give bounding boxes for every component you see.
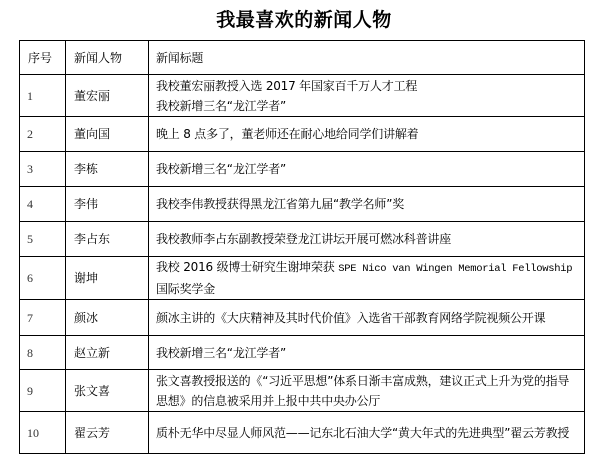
table-row: 7 颜冰 颜冰主讲的《大庆精神及其时代价值》入选省干部教育网络学院视频公开课 bbox=[20, 300, 585, 336]
table-row: 8 赵立新 我校新增三名“龙江学者” bbox=[20, 336, 585, 370]
row-headline: 我校新增三名“龙江学者” bbox=[149, 152, 585, 187]
headline-line: 我校新增三名“龙江学者” bbox=[156, 96, 580, 116]
table-row: 6 谢坤 我校 2016 级博士研究生谢坤荣获 SPE Nico van Win… bbox=[20, 257, 585, 300]
row-headline: 我校李伟教授获得黑龙江省第九届“教学名师”奖 bbox=[149, 187, 585, 222]
row-headline: 张文喜教授报送的《“习近平思想”体系日渐丰富成熟，建议正式上升为党的指导思想》的… bbox=[149, 370, 585, 412]
table-row: 10 翟云芳 质朴无华中尽显人师风范——记东北石油大学“黄大年式的先进典型”翟云… bbox=[20, 412, 585, 454]
row-index: 9 bbox=[20, 370, 66, 412]
table-row: 5 李占东 我校教师李占东副教授荣登龙江讲坛开展可燃冰科普讲座 bbox=[20, 222, 585, 257]
row-person: 李伟 bbox=[66, 187, 149, 222]
header-person: 新闻人物 bbox=[66, 41, 149, 75]
header-headline: 新闻标题 bbox=[149, 41, 585, 75]
table-header-row: 序号 新闻人物 新闻标题 bbox=[20, 41, 585, 75]
table-row: 9 张文喜 张文喜教授报送的《“习近平思想”体系日渐丰富成熟，建议正式上升为党的… bbox=[20, 370, 585, 412]
row-person: 张文喜 bbox=[66, 370, 149, 412]
headline-prefix: 我校 2016 级博士研究生谢坤荣获 bbox=[156, 260, 338, 274]
row-person: 李栋 bbox=[66, 152, 149, 187]
row-index: 10 bbox=[20, 412, 66, 454]
row-headline: 我校 2016 级博士研究生谢坤荣获 SPE Nico van Wingen M… bbox=[149, 257, 585, 300]
row-headline: 晚上 8 点多了，董老师还在耐心地给同学们讲解着 bbox=[149, 117, 585, 152]
news-people-table: 序号 新闻人物 新闻标题 1 董宏丽 我校董宏丽教授入选 2017 年国家百千万… bbox=[19, 40, 585, 454]
row-index: 3 bbox=[20, 152, 66, 187]
headline-english-award: SPE Nico van Wingen Memorial Fellowship bbox=[338, 263, 572, 275]
row-person: 董向国 bbox=[66, 117, 149, 152]
row-index: 4 bbox=[20, 187, 66, 222]
row-headline: 颜冰主讲的《大庆精神及其时代价值》入选省干部教育网络学院视频公开课 bbox=[149, 300, 585, 336]
row-person: 翟云芳 bbox=[66, 412, 149, 454]
row-headline: 我校新增三名“龙江学者” bbox=[149, 336, 585, 370]
row-headline: 我校董宏丽教授入选 2017 年国家百千万人才工程 我校新增三名“龙江学者” bbox=[149, 75, 585, 117]
table-row: 1 董宏丽 我校董宏丽教授入选 2017 年国家百千万人才工程 我校新增三名“龙… bbox=[20, 75, 585, 117]
row-person: 李占东 bbox=[66, 222, 149, 257]
row-person: 颜冰 bbox=[66, 300, 149, 336]
row-headline: 质朴无华中尽显人师风范——记东北石油大学“黄大年式的先进典型”翟云芳教授 bbox=[149, 412, 585, 454]
row-person: 赵立新 bbox=[66, 336, 149, 370]
headline-suffix: 国际奖学金 bbox=[156, 282, 215, 296]
row-index: 7 bbox=[20, 300, 66, 336]
row-person: 谢坤 bbox=[66, 257, 149, 300]
document-title: 我最喜欢的新闻人物 bbox=[0, 7, 608, 33]
row-headline: 我校教师李占东副教授荣登龙江讲坛开展可燃冰科普讲座 bbox=[149, 222, 585, 257]
table-row: 2 董向国 晚上 8 点多了，董老师还在耐心地给同学们讲解着 bbox=[20, 117, 585, 152]
row-person: 董宏丽 bbox=[66, 75, 149, 117]
header-index: 序号 bbox=[20, 41, 66, 75]
row-index: 2 bbox=[20, 117, 66, 152]
table-row: 4 李伟 我校李伟教授获得黑龙江省第九届“教学名师”奖 bbox=[20, 187, 585, 222]
row-index: 1 bbox=[20, 75, 66, 117]
row-index: 8 bbox=[20, 336, 66, 370]
table-row: 3 李栋 我校新增三名“龙江学者” bbox=[20, 152, 585, 187]
row-index: 5 bbox=[20, 222, 66, 257]
headline-line: 我校董宏丽教授入选 2017 年国家百千万人才工程 bbox=[156, 76, 580, 96]
row-index: 6 bbox=[20, 257, 66, 300]
